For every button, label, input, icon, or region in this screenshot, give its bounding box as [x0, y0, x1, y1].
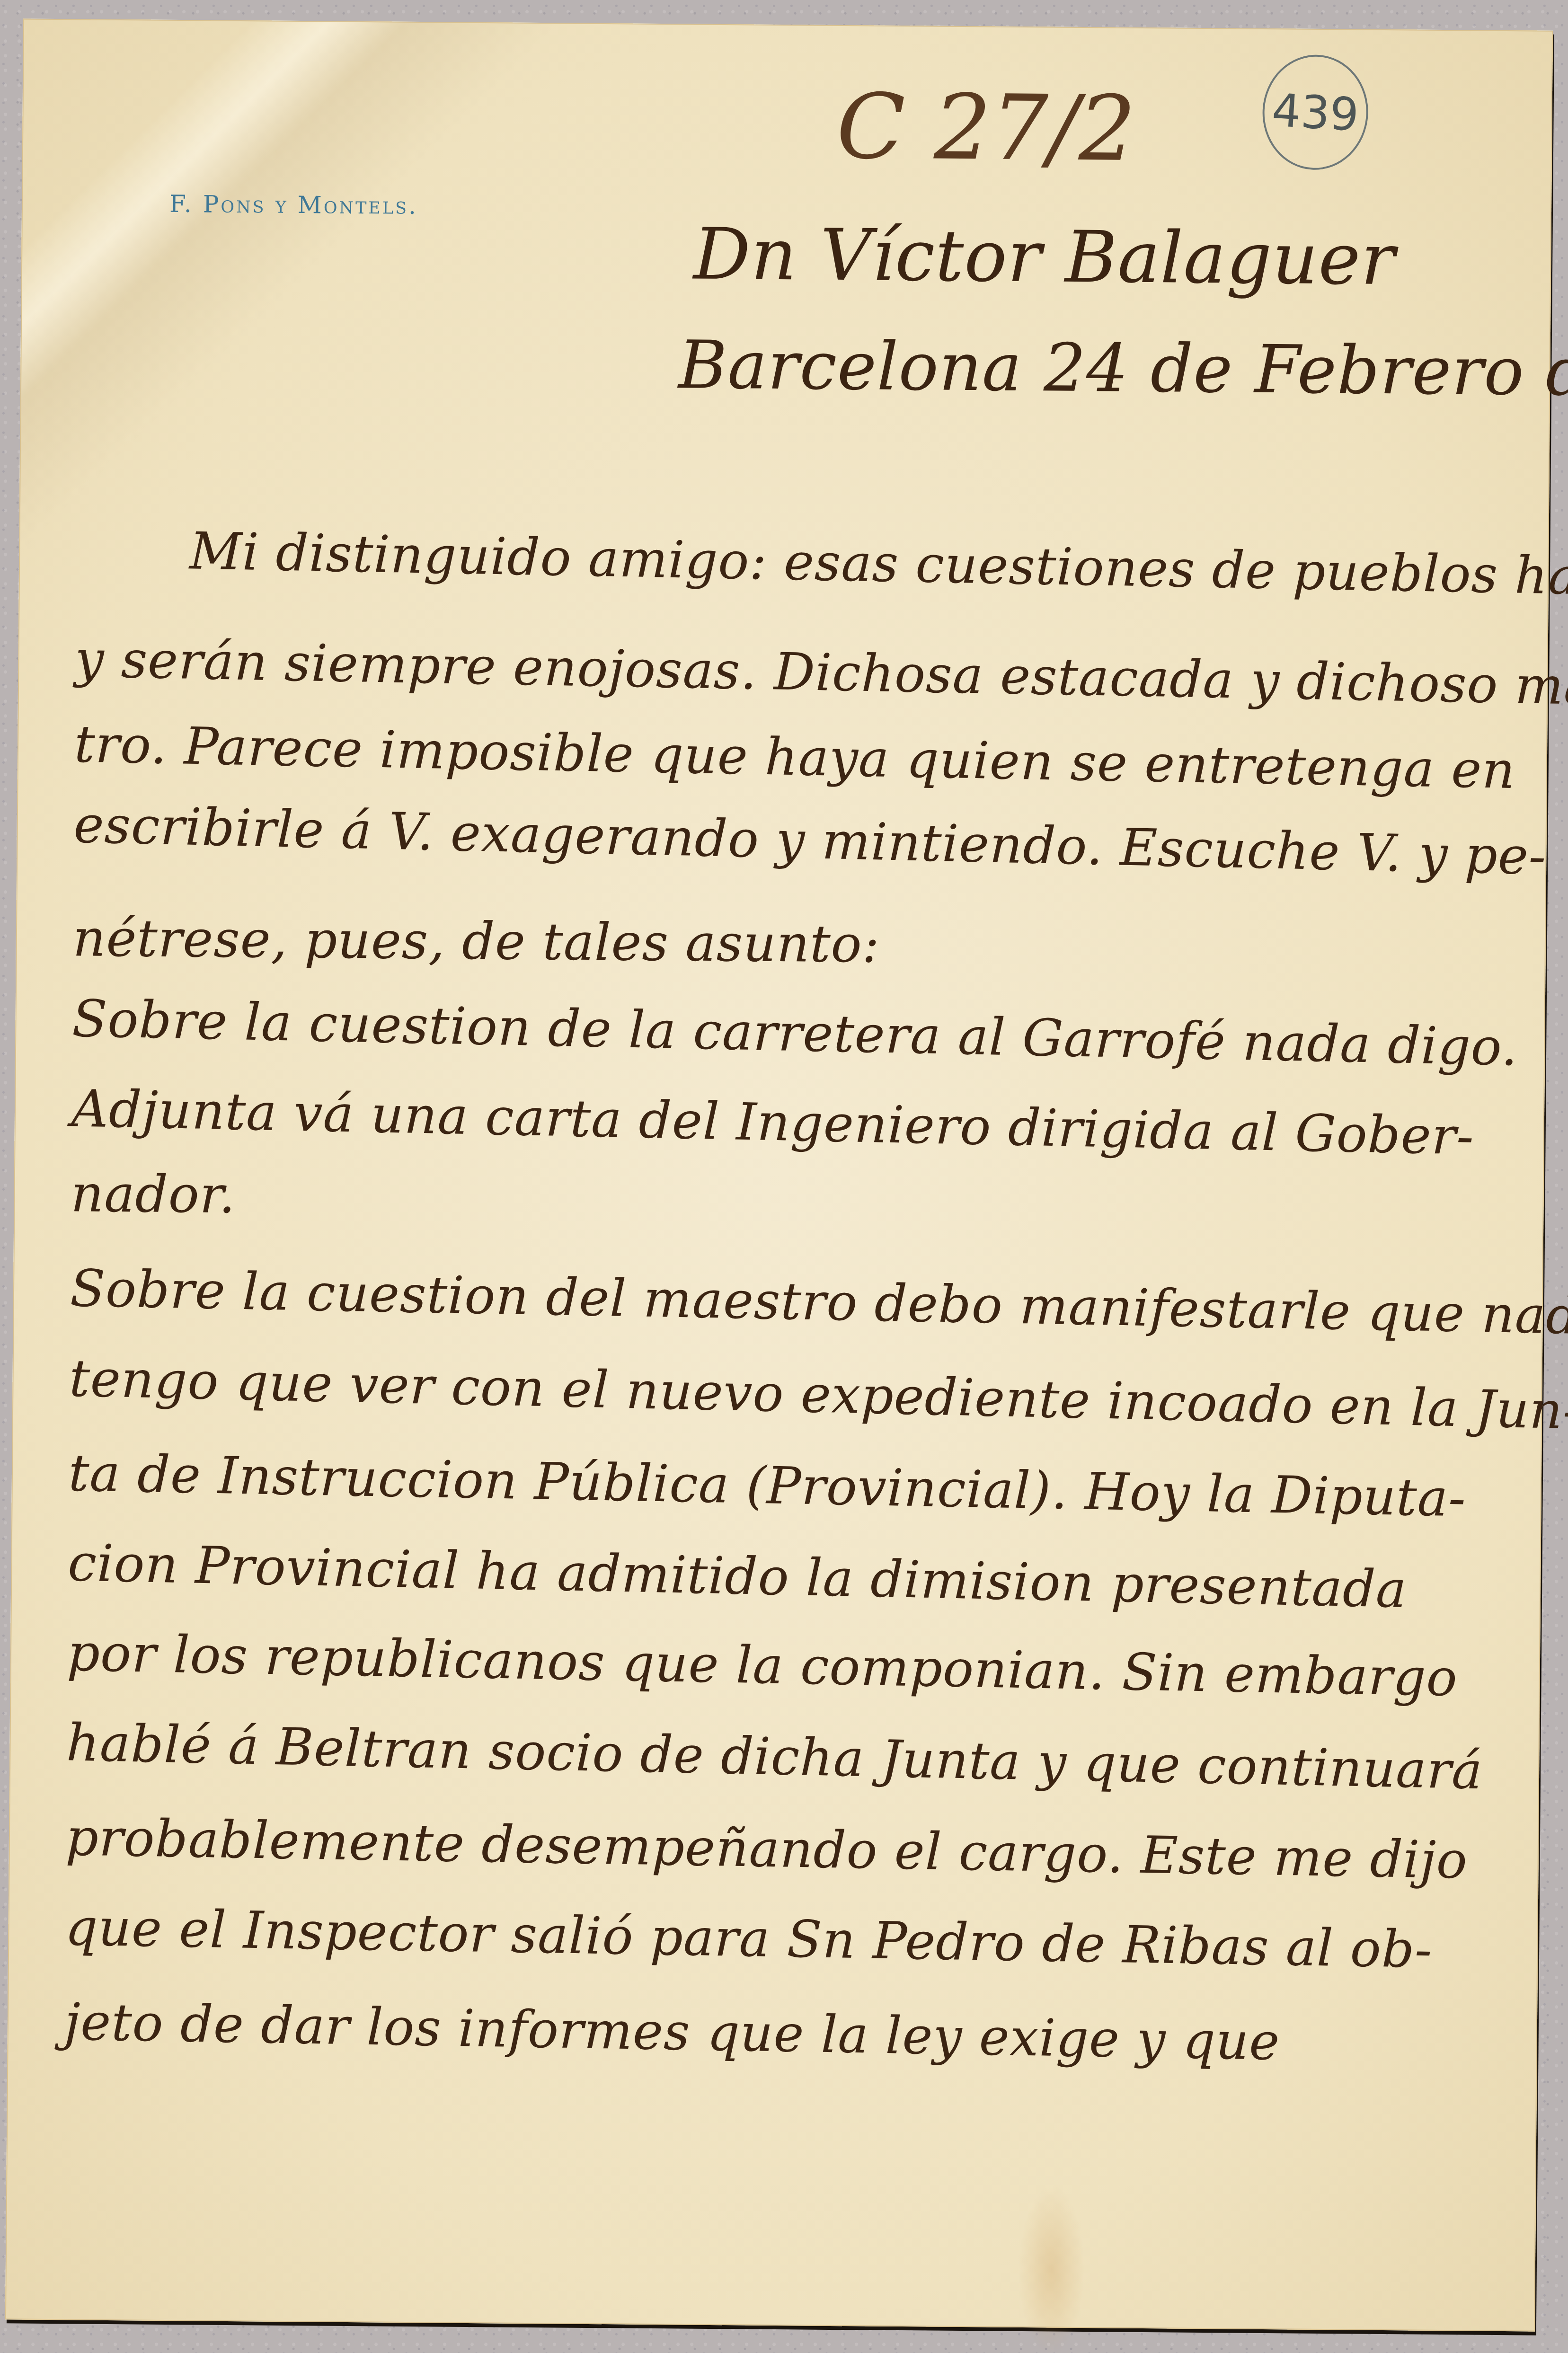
- letter-page: F. Pons y Montels. C 27/2 439 Dn Víctor …: [5, 18, 1553, 2331]
- addressee: Dn Víctor Balaguer: [693, 213, 1396, 301]
- letterhead: F. Pons y Montels.: [169, 190, 418, 220]
- body-line: jeto de dar los informes que la ley exig…: [64, 1992, 1281, 2072]
- body-line: hablé á Beltran socio de dicha Junta y q…: [66, 1713, 1483, 1801]
- body-line: Sobre la cuestion del maestro debo manif…: [70, 1259, 1568, 1346]
- body-line: tengo que ver con el nuevo expediente in…: [69, 1349, 1568, 1441]
- body-line: Adjunta vá una carta del Ingeniero dirig…: [71, 1079, 1475, 1166]
- body-line: que el Inspector salió para Sn Pedro de …: [64, 1898, 1433, 1980]
- body-line: ta de Instruccion Pública (Provincial). …: [68, 1443, 1467, 1528]
- water-stain: [1018, 2185, 1085, 2353]
- dateline: Barcelona 24 de Febrero de 1882: [678, 327, 1568, 413]
- body-line: Sobre la cuestion de la carretera al Gar…: [71, 989, 1518, 1077]
- body-line: probablemente desempeñando el cargo. Est…: [65, 1808, 1468, 1890]
- archive-number: 439: [1270, 83, 1360, 142]
- body-line: por los republicanos que la componian. S…: [67, 1623, 1458, 1708]
- body-line: escribirle á V. exagerando y mintiendo. …: [73, 795, 1547, 886]
- archive-number-circle: 439: [1259, 52, 1372, 173]
- archive-annotation: C 27/2: [836, 82, 1136, 174]
- body-line: Mi distinguido amigo: esas cuestiones de…: [189, 522, 1568, 609]
- body-line: y serán siempre enojosas. Dichosa estaca…: [74, 629, 1568, 718]
- body-line: tro. Parece imposible que haya quien se …: [74, 715, 1516, 800]
- body-line: nador.: [71, 1164, 236, 1225]
- body-line: nétrese, pues, de tales asunto:: [72, 909, 880, 974]
- body-line: cion Provincial ha admitido la dimision …: [67, 1533, 1407, 1619]
